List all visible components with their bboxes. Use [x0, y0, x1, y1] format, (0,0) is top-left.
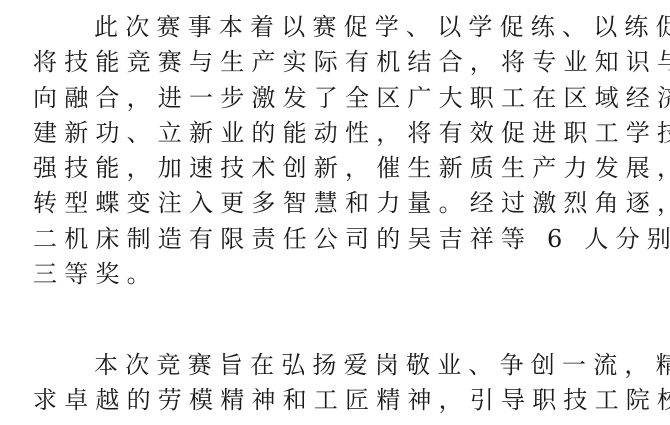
text-line: 三等奖。: [33, 257, 637, 292]
paragraph-competition-purpose: 本次竞赛旨在弘扬爱岗敬业、争创一流，精益求精、追 求卓越的劳模精神和工匠精神，引…: [33, 348, 637, 419]
text-line: 二机床制造有限责任公司的吴吉祥等 6 人分别荣获一、二、: [33, 222, 637, 257]
text-line: 求卓越的劳模精神和工匠精神，引导职技工院校和企业围绕: [33, 383, 637, 418]
text-line: 向融合，进一步激发了全区广大职工在区域经济建设主战场: [33, 81, 637, 116]
text-line: 建新功、立新业的能动性，将有效促进职工学技能、练技能、: [33, 116, 637, 151]
text-line: 强技能，加速技术创新，催生新质生产力发展，为全区工业: [33, 151, 637, 186]
text-line: 本次竞赛旨在弘扬爱岗敬业、争创一流，精益求精、追: [33, 348, 637, 383]
text-line: 此次赛事本着以赛促学、以学促练、以练促用的出发点，: [33, 10, 637, 45]
text-line: 转型蝶变注入更多智慧和力量。经过激烈角逐，来自宝鸡青: [33, 186, 637, 221]
paragraph-competition-results: 此次赛事本着以赛促学、以学促练、以练促用的出发点， 将技能竞赛与生产实际有机结合…: [33, 10, 637, 292]
document-page: 此次赛事本着以赛促学、以学促练、以练促用的出发点， 将技能竞赛与生产实际有机结合…: [0, 0, 670, 425]
text-line: 将技能竞赛与生产实际有机结合，将专业知识与技能水平双: [33, 45, 637, 80]
